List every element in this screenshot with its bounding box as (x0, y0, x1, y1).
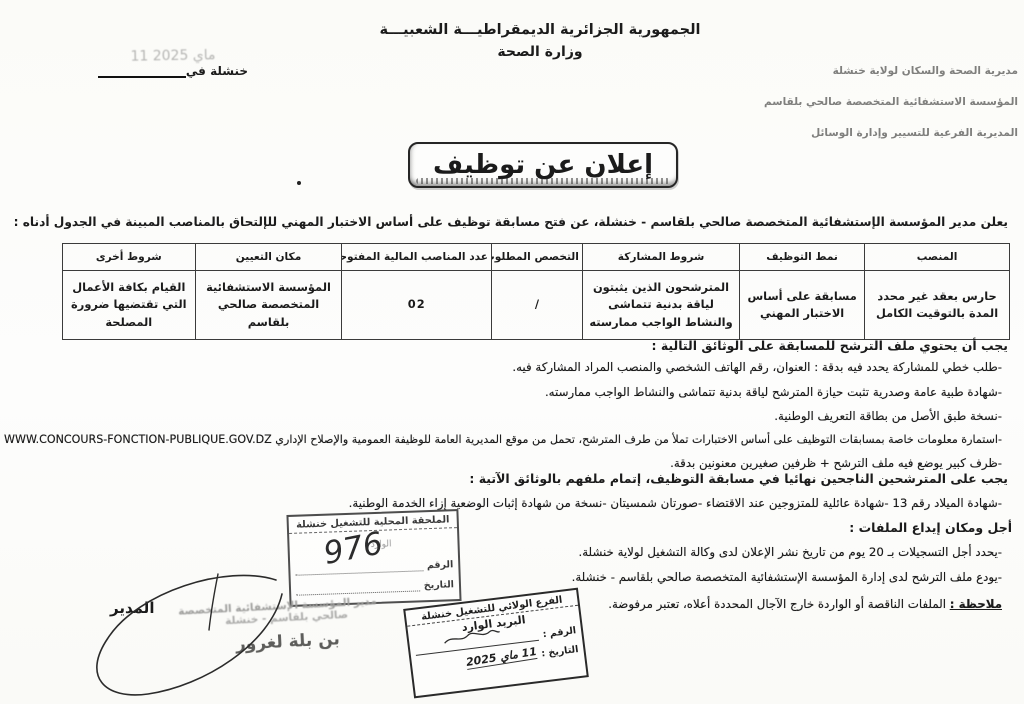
col-participation-conditions: شروط المشاركة (582, 244, 739, 271)
list-item: -نسخة طبق الأصل من بطاقة التعريف الوطنية… (774, 409, 1002, 423)
list-item: -يحدد أجل التسجيلات بـ 20 يوم من تاريخ ن… (578, 545, 1002, 559)
list-item: -ظرف كبير يوضع فيه ملف الترشح + ظرفين صغ… (670, 456, 1002, 470)
director-signature (66, 566, 366, 704)
list-item: -طلب خطي للمشاركة يحدد فيه بدقة : العنوا… (512, 360, 1002, 374)
section3-heading: أجل ومكان إيداع الملفات : (849, 520, 1012, 535)
intro-sentence: يعلن مدير المؤسسة الإستشفائية المتخصصة ص… (14, 215, 1008, 229)
annotation-establishment: المؤسسة الاستشفائية المتخصصة صالحي بلقاس… (758, 87, 1018, 118)
annex-date-label: التاريخ (424, 579, 455, 591)
col-assignment-place: مكان التعيين (195, 244, 342, 271)
cell-open-positions: 02 (342, 271, 492, 340)
list-item: -شهادة طبية عامة وصدرية تثبت حيازة المتر… (545, 385, 1002, 399)
announcement-title: إعلان عن توظيف (408, 142, 678, 188)
note-label: ملاحظة : (950, 597, 1002, 611)
wilaya-branch-stamp: الفرع الولائي للتشغيل خنشلة البريد الوار… (403, 588, 589, 699)
note-line: ملاحظة : الملفات الناقصة أو الواردة خارج… (608, 597, 1002, 611)
list-item: -شهادة الميلاد رقم 13 -شهادة عائلية للمت… (349, 496, 1002, 510)
branch-date-label: التاريخ : (541, 644, 579, 659)
col-required-specialty: التخصص المطلوب (492, 244, 583, 271)
scanned-job-announcement-document: الجمهورية الجزائرية الديمقراطيـــة الشعب… (0, 0, 1024, 704)
cell-other-conditions: القيام بكافة الأعمال التي تقتضيها ضرورة … (63, 271, 196, 340)
place-label: خنشلة في (186, 64, 248, 78)
branch-stamped-date: 11 ماي 2025 (465, 645, 538, 670)
cell-assignment-place: المؤسسة الاستشفائية المتخصصة صالحي بلقاس… (195, 271, 342, 340)
annotation-subdirectorate: المديرية الفرعية للتسيير وإدارة الوسائل (758, 118, 1018, 149)
republic-header: الجمهورية الجزائرية الديمقراطيـــة الشعب… (28, 22, 1024, 38)
section1-heading: يجب أن يحتوي ملف الترشح للمسابقة على الو… (651, 338, 1008, 353)
stamped-date: 11 ماي 2025 (98, 47, 248, 66)
cell-position: حارس بعقد غير محدد المدة بالتوقيت الكامل (865, 271, 1010, 340)
col-recruitment-mode: نمط التوظيف (740, 244, 865, 271)
cell-required-specialty: / (492, 271, 583, 340)
place-date-line: خنشلة في (96, 64, 248, 78)
cell-participation-conditions: المترشحون الذين يثبتون لياقة بدنية تتماش… (582, 271, 739, 340)
section2-heading: يجب على المترشحين الناجحين نهائيا في مسا… (469, 471, 1008, 486)
cell-recruitment-mode: مسابقة على أساس الاختبار المهني (740, 271, 865, 340)
branch-number-label: الرقم : (542, 625, 577, 640)
ink-dot-artifact (297, 181, 301, 185)
annex-number-label: الرقم (427, 559, 454, 571)
side-annotations: مديرية الصحة والسكان لولاية خنشلة المؤسس… (758, 56, 1018, 149)
positions-table: المنصب نمط التوظيف شروط المشاركة التخصص … (62, 243, 1010, 340)
table-row: حارس بعقد غير محدد المدة بالتوقيت الكامل… (63, 271, 1010, 340)
annotation-directorate: مديرية الصحة والسكان لولاية خنشلة (758, 56, 1018, 87)
list-item: -يودع ملف الترشح لدى إدارة المؤسسة الإست… (572, 570, 1002, 584)
table-header-row: المنصب نمط التوظيف شروط المشاركة التخصص … (63, 244, 1010, 271)
col-open-positions: عدد المناصب المالية المفتوحة (342, 244, 492, 271)
col-other-conditions: شروط أخرى (63, 244, 196, 271)
note-text: الملفات الناقصة أو الواردة خارج الآجال ا… (608, 597, 946, 611)
date-rule-line (98, 64, 186, 78)
list-item-with-url: -استمارة معلومات خاصة بمسابقات التوظيف ع… (4, 433, 1002, 446)
col-position: المنصب (865, 244, 1010, 271)
